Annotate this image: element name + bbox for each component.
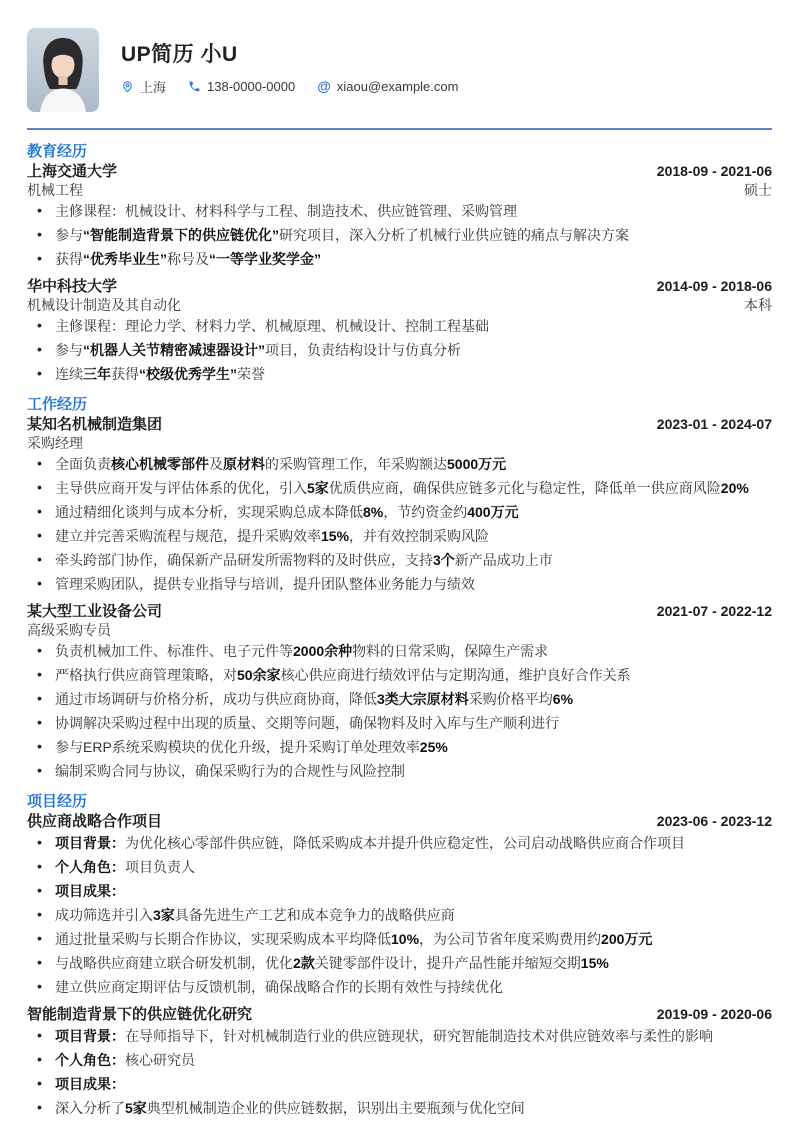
bullet-item: 项目背景：为优化核心零部件供应链，降低采购成本并提升供应稳定性，公司启动战略供应… — [27, 834, 772, 852]
entry: 某知名机械制造集团2023-01 - 2024-07采购经理全面负责核心机械零部… — [27, 415, 772, 593]
entry-date: 2014-09 - 2018-06 — [657, 277, 772, 295]
entry-date: 2018-09 - 2021-06 — [657, 162, 772, 180]
resume-body: 教育经历上海交通大学2018-09 - 2021-06机械工程硕士主修课程：机械… — [27, 143, 772, 1117]
entry: 供应商战略合作项目2023-06 - 2023-12项目背景：为优化核心零部件供… — [27, 812, 772, 996]
contact-text: xiaou@example.com — [337, 79, 459, 94]
bullet-item: 管理采购团队，提供专业指导与培训，提升团队整体业务能力与绩效 — [27, 575, 772, 593]
entry-subtitle-row: 机械工程硕士 — [27, 181, 772, 199]
entry-title: 某知名机械制造集团 — [27, 416, 162, 434]
candidate-name: UP简历 小U — [121, 42, 458, 68]
entry: 上海交通大学2018-09 - 2021-06机械工程硕士主修课程：机械设计、材… — [27, 162, 772, 268]
resume-page: UP简历 小U 上海138-0000-0000@xiaou@example.co… — [0, 0, 799, 1117]
entry-date: 2023-01 - 2024-07 — [657, 415, 772, 433]
section-title: 教育经历 — [27, 143, 772, 161]
entry-header-row: 供应商战略合作项目2023-06 - 2023-12 — [27, 812, 772, 831]
bullet-item: 成功筛选并引入3家具备先进生产工艺和成本竞争力的战略供应商 — [27, 906, 772, 924]
section-title: 工作经历 — [27, 396, 772, 414]
contact-item: @xiaou@example.com — [317, 79, 458, 94]
bullet-list: 全面负责核心机械零部件及原材料的采购管理工作，年采购额达5000万元主导供应商开… — [27, 455, 772, 593]
bullet-list: 项目背景：在导师指导下，针对机械制造行业的供应链现状，研究智能制造技术对供应链效… — [27, 1027, 772, 1117]
entry-subtitle: 机械设计制造及其自动化 — [27, 296, 181, 314]
bullet-item: 建立供应商定期评估与反馈机制，确保战略合作的长期有效性与持续优化 — [27, 978, 772, 996]
entry-header-row: 华中科技大学2014-09 - 2018-06 — [27, 277, 772, 296]
bullet-item: 协调解决采购过程中出现的质量、交期等问题，确保物料及时入库与生产顺利进行 — [27, 714, 772, 732]
phone-icon — [188, 80, 201, 93]
contact-item: 上海 — [121, 77, 166, 96]
bullet-item: 负责机械加工件、标准件、电子元件等2000余种物料的日常采购，保障生产需求 — [27, 642, 772, 660]
entry-subtitle-right: 硕士 — [744, 181, 772, 199]
entry-header-row: 上海交通大学2018-09 - 2021-06 — [27, 162, 772, 181]
bullet-item: 建立并完善采购流程与规范，提升采购效率15%，并有效控制采购风险 — [27, 527, 772, 545]
contact-text: 138-0000-0000 — [207, 79, 295, 94]
entry: 智能制造背景下的供应链优化研究2019-09 - 2020-06项目背景：在导师… — [27, 1005, 772, 1117]
bullet-item: 获得“优秀毕业生”称号及“一等学业奖学金” — [27, 250, 772, 268]
entry-header-row: 智能制造背景下的供应链优化研究2019-09 - 2020-06 — [27, 1005, 772, 1024]
bullet-item: 参与ERP系统采购模块的优化升级，提升采购订单处理效率25% — [27, 738, 772, 756]
resume-header: UP简历 小U 上海138-0000-0000@xiaou@example.co… — [27, 28, 772, 112]
header-divider — [27, 128, 772, 130]
entry-title: 华中科技大学 — [27, 278, 117, 296]
entry-subtitle: 机械工程 — [27, 181, 83, 199]
bullet-list: 项目背景：为优化核心零部件供应链，降低采购成本并提升供应稳定性，公司启动战略供应… — [27, 834, 772, 996]
entry-title: 上海交通大学 — [27, 163, 117, 181]
resume-section: 项目经历供应商战略合作项目2023-06 - 2023-12项目背景：为优化核心… — [27, 793, 772, 1117]
bullet-list: 主修课程：机械设计、材料科学与工程、制造技术、供应链管理、采购管理参与“智能制造… — [27, 202, 772, 268]
at-icon: @ — [317, 80, 331, 93]
entry: 某大型工业设备公司2021-07 - 2022-12高级采购专员负责机械加工件、… — [27, 602, 772, 780]
bullet-item: 个人角色：项目负责人 — [27, 858, 772, 876]
bullet-item: 参与“智能制造背景下的供应链优化”研究项目，深入分析了机械行业供应链的痛点与解决… — [27, 226, 772, 244]
entry-header-row: 某知名机械制造集团2023-01 - 2024-07 — [27, 415, 772, 434]
profile-photo — [27, 28, 99, 112]
entry-subtitle: 高级采购专员 — [27, 621, 111, 639]
profile-photo-illustration — [27, 28, 99, 112]
entry-subtitle-row: 采购经理 — [27, 434, 772, 452]
entry-header-row: 某大型工业设备公司2021-07 - 2022-12 — [27, 602, 772, 621]
entry: 华中科技大学2014-09 - 2018-06机械设计制造及其自动化本科主修课程… — [27, 277, 772, 383]
entry-subtitle: 采购经理 — [27, 434, 83, 452]
bullet-item: 主导供应商开发与评估体系的优化，引入5家优质供应商，确保供应链多元化与稳定性，降… — [27, 479, 772, 497]
entry-subtitle-row: 机械设计制造及其自动化本科 — [27, 296, 772, 314]
bullet-item: 项目成果： — [27, 1075, 772, 1093]
bullet-item: 参与“机器人关节精密减速器设计”项目，负责结构设计与仿真分析 — [27, 341, 772, 359]
bullet-item: 深入分析了5家典型机械制造企业的供应链数据，识别出主要瓶颈与优化空间 — [27, 1099, 772, 1117]
entry-title: 智能制造背景下的供应链优化研究 — [27, 1006, 252, 1024]
contact-row: 上海138-0000-0000@xiaou@example.com — [121, 77, 458, 96]
resume-section: 工作经历某知名机械制造集团2023-01 - 2024-07采购经理全面负责核心… — [27, 396, 772, 780]
bullet-item: 项目成果： — [27, 882, 772, 900]
bullet-item: 与战略供应商建立联合研发机制，优化2款关键零部件设计，提升产品性能并缩短交期15… — [27, 954, 772, 972]
bullet-item: 项目背景：在导师指导下，针对机械制造行业的供应链现状，研究智能制造技术对供应链效… — [27, 1027, 772, 1045]
location-icon — [121, 80, 134, 93]
bullet-item: 编制采购合同与协议，确保采购行为的合规性与风险控制 — [27, 762, 772, 780]
bullet-item: 通过精细化谈判与成本分析，实现采购总成本降低8%，节约资金约400万元 — [27, 503, 772, 521]
bullet-item: 个人角色：核心研究员 — [27, 1051, 772, 1069]
section-title: 项目经历 — [27, 793, 772, 811]
bullet-item: 连续三年获得“校级优秀学生”荣誉 — [27, 365, 772, 383]
entry-subtitle-row: 高级采购专员 — [27, 621, 772, 639]
entry-subtitle-right: 本科 — [744, 296, 772, 314]
bullet-item: 通过批量采购与长期合作协议，实现采购成本平均降低10%，为公司节省年度采购费用约… — [27, 930, 772, 948]
bullet-item: 严格执行供应商管理策略，对50余家核心供应商进行绩效评估与定期沟通，维护良好合作… — [27, 666, 772, 684]
contact-item: 138-0000-0000 — [188, 79, 295, 94]
entry-date: 2019-09 - 2020-06 — [657, 1005, 772, 1023]
header-text-block: UP简历 小U 上海138-0000-0000@xiaou@example.co… — [121, 28, 458, 112]
entry-date: 2023-06 - 2023-12 — [657, 812, 772, 830]
entry-title: 某大型工业设备公司 — [27, 603, 162, 621]
entry-date: 2021-07 - 2022-12 — [657, 602, 772, 620]
bullet-list: 负责机械加工件、标准件、电子元件等2000余种物料的日常采购，保障生产需求严格执… — [27, 642, 772, 780]
bullet-item: 主修课程：机械设计、材料科学与工程、制造技术、供应链管理、采购管理 — [27, 202, 772, 220]
bullet-item: 全面负责核心机械零部件及原材料的采购管理工作，年采购额达5000万元 — [27, 455, 772, 473]
entry-title: 供应商战略合作项目 — [27, 813, 162, 831]
bullet-item: 牵头跨部门协作，确保新产品研发所需物料的及时供应，支持3个新产品成功上市 — [27, 551, 772, 569]
contact-text: 上海 — [140, 77, 166, 96]
bullet-list: 主修课程：理论力学、材料力学、机械原理、机械设计、控制工程基础参与“机器人关节精… — [27, 317, 772, 383]
bullet-item: 主修课程：理论力学、材料力学、机械原理、机械设计、控制工程基础 — [27, 317, 772, 335]
resume-section: 教育经历上海交通大学2018-09 - 2021-06机械工程硕士主修课程：机械… — [27, 143, 772, 383]
bullet-item: 通过市场调研与价格分析，成功与供应商协商，降低3类大宗原材料采购价格平均6% — [27, 690, 772, 708]
